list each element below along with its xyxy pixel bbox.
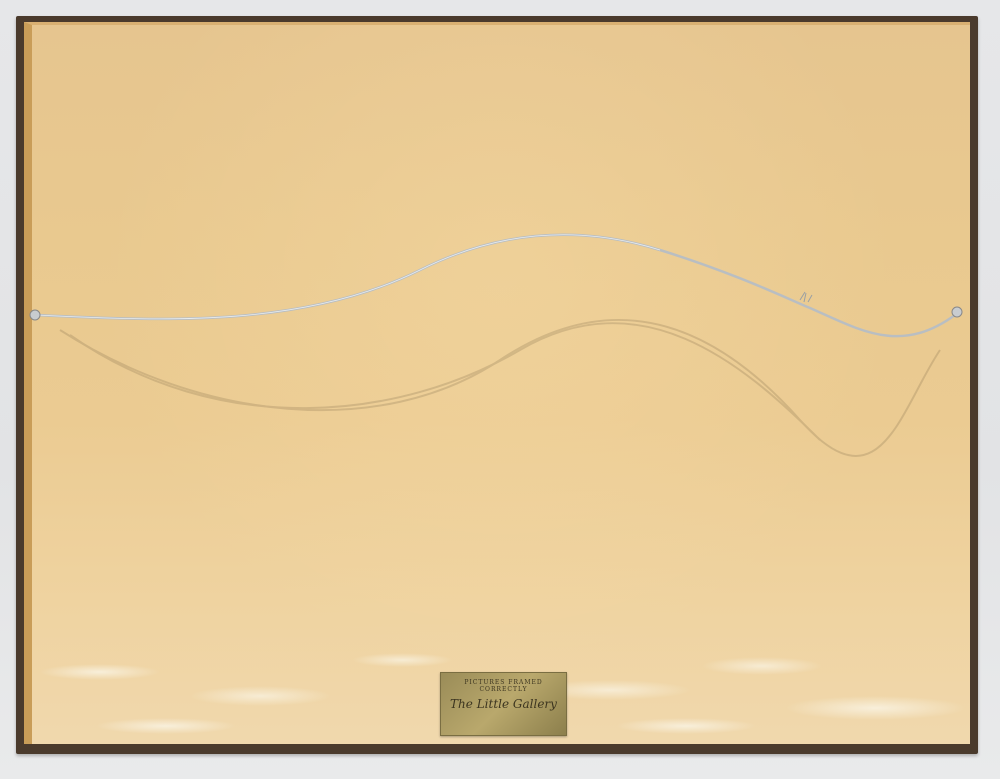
label-line-1: PICTURES FRAMED CORRECTLY: [441, 679, 566, 693]
left-hook-icon: [30, 310, 40, 320]
label-line-2: The Little Gallery: [441, 697, 566, 711]
hanging-wire: [0, 0, 1000, 779]
right-hook-icon: [952, 307, 962, 317]
framer-label: PICTURES FRAMED CORRECTLY The Little Gal…: [440, 672, 567, 736]
